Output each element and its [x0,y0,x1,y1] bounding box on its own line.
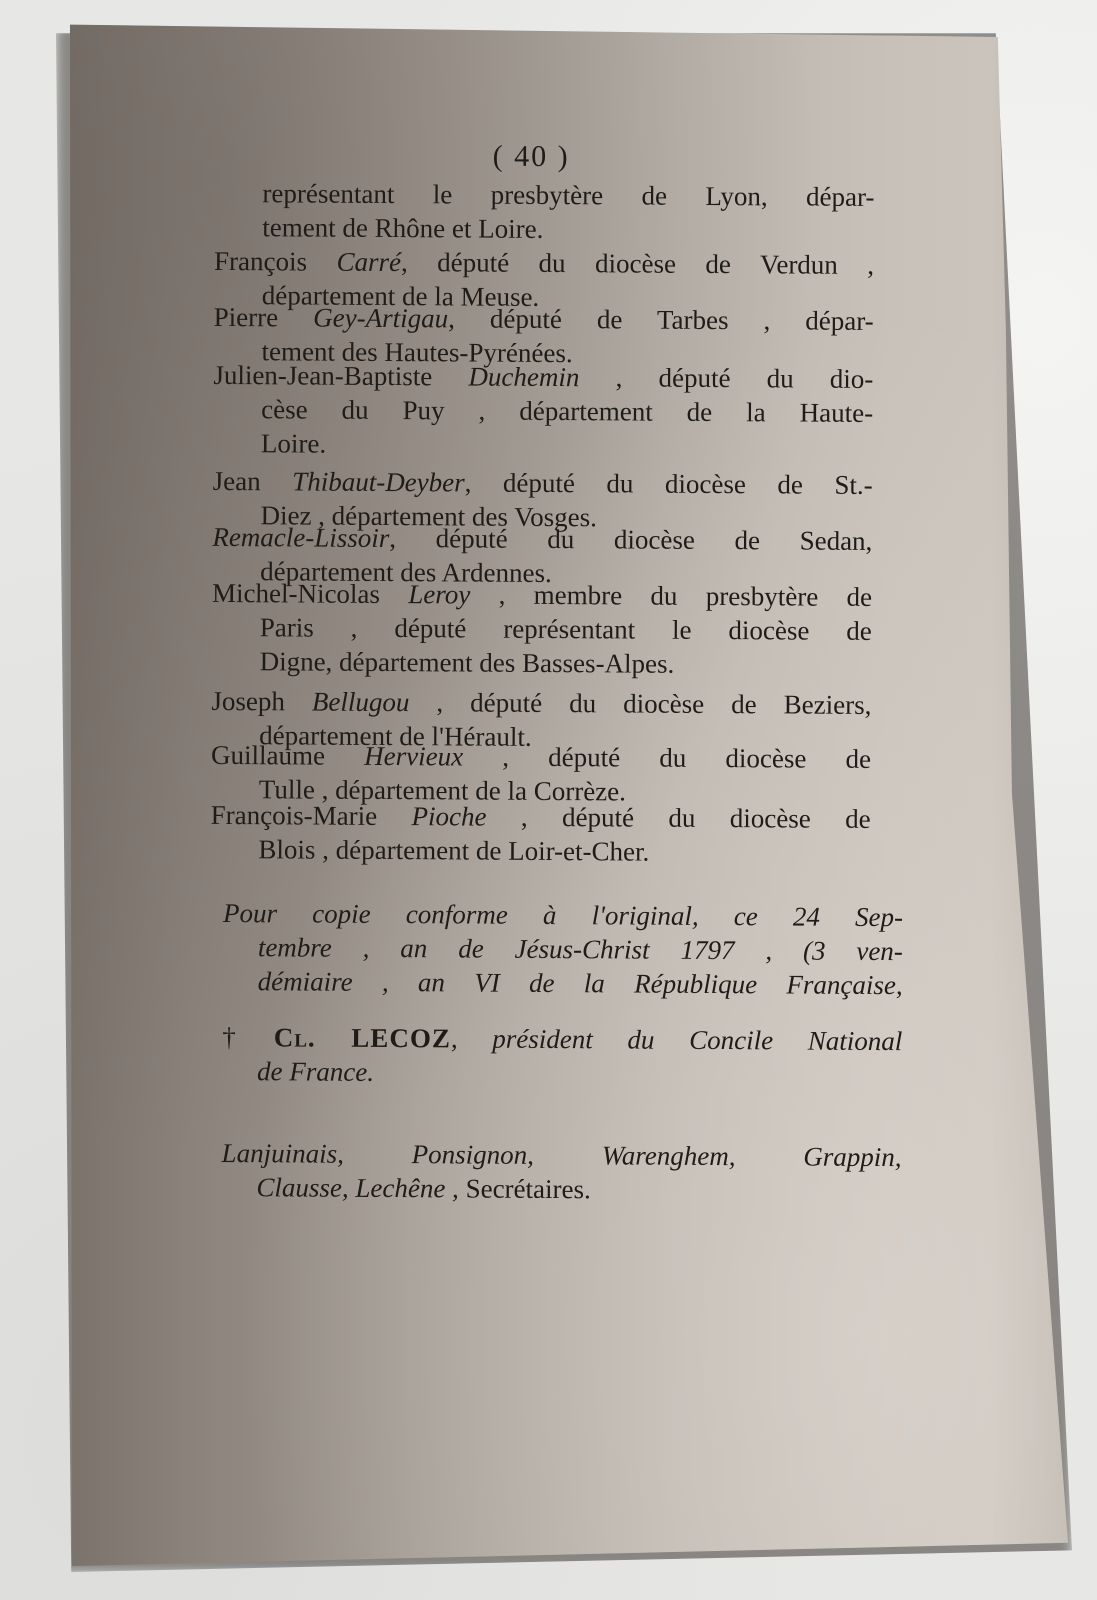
first-name: François-Marie [211,800,378,831]
entry-line: Digne, département des Basses-Alpes. [212,644,872,682]
first-name: François [214,246,307,277]
surname: Duchemin [468,361,579,392]
entry-first-line: Julien-Jean-Baptiste Duchemin , député d… [213,358,873,396]
secretaries-role: Secrétaires. [459,1173,591,1204]
page-number: ( 40 ) [493,140,570,174]
surname: Carré [336,247,401,277]
entry-text: , député du dio- [579,362,873,394]
dagger-icon: † [222,1022,264,1052]
entry-text: , membre du presbytère de [470,580,872,612]
surname: Remacle-Lissoir [212,522,389,553]
entry-first-line: Pierre Gey-Artigau, député de Tarbes , d… [214,300,874,338]
entry-line: représentant le presbytère de Lyon, dépa… [214,176,874,214]
surname: Leroy [408,579,470,609]
secretaries: Lanjuinais, Ponsignon, Warenghem, Grappi… [221,1136,901,1208]
entry-first-line: François-Marie Pioche , député du diocès… [211,798,871,836]
entry-text: , député du diocèse de [486,802,870,834]
entry-line: Blois , département de Loir-et-Cher. [210,832,870,870]
signature-line: †Cl. LECOZ, président du Concile Nationa… [222,1020,902,1058]
signature-line: de France. [222,1054,902,1092]
entry-pioche: François-Marie Pioche , député du diocès… [210,798,870,870]
surname: Gey-Artigau [313,303,448,334]
entry-first-line: Remacle-Lissoir, député du diocèse de Se… [212,520,872,558]
attestation: Pour copie conforme à l'original, ce 24 … [223,896,904,1002]
attestation-line: démiaire , an VI de la République França… [223,964,903,1002]
entry-continuation: représentant le presbytère de Lyon, dépa… [214,176,874,248]
entry-first-line: Joseph Bellugou , député du diocèse de B… [211,684,871,722]
entry-text: , député du diocèse de Verdun , [401,247,874,280]
entry-line: tement de Rhône et Loire. [214,210,874,248]
surname: Hervieux [364,741,463,772]
entry-first-line: Michel-Nicolas Leroy , membre du presbyt… [212,576,872,614]
entry-first-line: Guillaume Hervieux , député du diocèse d… [211,738,871,776]
signatory-title: , président du Concile National [451,1023,903,1056]
entry-first-line: Jean Thibaut-Deyber, député du diocèse d… [213,464,873,502]
attestation-line: Pour copie conforme à l'original, ce 24 … [223,896,903,934]
entry-text: , député du diocèse de Beziers, [409,687,871,720]
entry-line: Paris , député représentant le diocèse d… [212,610,872,648]
first-name: Jean [213,466,261,496]
first-name: Julien-Jean-Baptiste [213,360,432,391]
secretaries-line: Clausse, Lechêne , Secrétaires. [221,1170,901,1208]
entry-text: , député du diocèse de Sedan, [389,523,872,556]
attestation-line: tembre , an de Jésus-Christ 1797 , (3 ve… [223,930,903,968]
first-name: Pierre [214,302,279,332]
entry-text: , député du diocèse de [463,741,871,773]
entry-line: Loire. [213,426,873,464]
secretaries-line: Lanjuinais, Ponsignon, Warenghem, Grappi… [222,1136,902,1174]
surname: Bellugou [312,687,410,718]
first-name: Guillaume [211,740,325,771]
printed-text: ( 40 ) représentant le presbytère de Lyo… [0,0,1097,1600]
entry-first-line: François Carré, député du diocèse de Ver… [214,244,874,282]
signature: †Cl. LECOZ, président du Concile Nationa… [222,1020,902,1092]
entry-text: , député de Tarbes , dépar- [448,303,874,336]
first-name: Michel-Nicolas [212,578,380,609]
first-name: Joseph [211,686,285,716]
signatory-name: Cl. LECOZ [274,1022,451,1053]
surname: Pioche [411,801,486,831]
surname: Thibaut-Deyber [292,466,465,497]
entry-leroy: Michel-Nicolas Leroy , membre du presbyt… [212,576,873,682]
entry-duchemin: Julien-Jean-Baptiste Duchemin , député d… [213,358,874,464]
entry-line: cèse du Puy , département de la Haute- [213,392,873,430]
entry-text: , député du diocèse de St.- [465,467,873,499]
secretaries-names: Clausse, Lechêne , [256,1172,459,1203]
